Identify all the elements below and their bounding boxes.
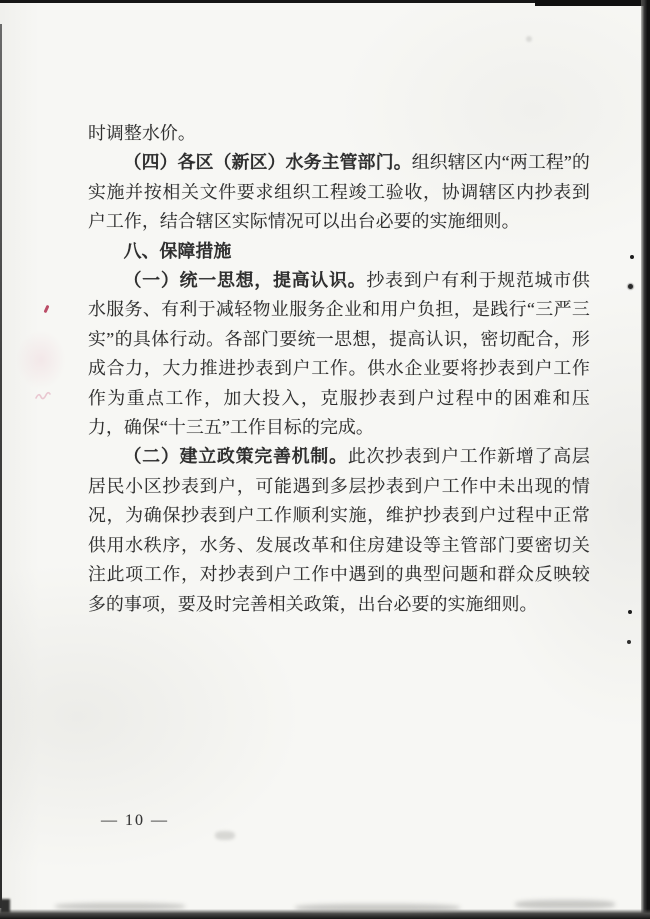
paragraph-lead: 八、保障措施 <box>124 241 232 261</box>
scan-speck <box>526 36 532 42</box>
scan-smudge <box>215 831 235 840</box>
paragraph: （一）统一思想，提高认识。抄表到户有利于规范城市供水服务、有利于减轻物业服务企业… <box>88 266 590 442</box>
ink-dot <box>628 284 633 289</box>
paragraph-lead: （二）建立政策完善机制。 <box>124 446 348 466</box>
red-pen-mark <box>44 305 50 314</box>
scan-corner-bottom-left <box>0 899 10 913</box>
ink-dot <box>627 640 631 644</box>
paragraph-body: 时调整水价。 <box>88 123 196 143</box>
scan-smudge <box>515 900 615 909</box>
scan-edge-left <box>0 24 2 908</box>
pink-pen-wash <box>16 330 66 390</box>
scan-edge-top-right <box>535 0 650 6</box>
ink-dot <box>628 610 632 614</box>
page-number: — 10 — <box>101 812 169 830</box>
pink-pen-squiggle <box>34 388 52 402</box>
scan-edge-right <box>641 0 650 919</box>
paragraph-lead: （四）各区（新区）水务主管部门。 <box>124 152 412 172</box>
text-block: 时调整水价。（四）各区（新区）水务主管部门。组织辖区内“两工程”的实施并按相关文… <box>88 119 590 619</box>
paragraph-lead: （一）统一思想，提高认识。 <box>124 270 367 290</box>
scan-smudge <box>55 903 185 910</box>
ink-dot <box>630 255 634 259</box>
scanned-document-page: 时调整水价。（四）各区（新区）水务主管部门。组织辖区内“两工程”的实施并按相关文… <box>0 0 650 919</box>
paragraph: 时调整水价。 <box>88 119 590 148</box>
scan-smudge <box>295 904 460 912</box>
paragraph: （二）建立政策完善机制。此次抄表到户工作新增了高层居民小区抄表到户，可能遇到多层… <box>88 442 590 618</box>
paragraph: （四）各区（新区）水务主管部门。组织辖区内“两工程”的实施并按相关文件要求组织工… <box>88 148 590 236</box>
paragraph-body: 此次抄表到户工作新增了高层居民小区抄表到户，可能遇到多层抄表到户工作中未出现的情… <box>88 446 590 613</box>
paragraph: 八、保障措施 <box>88 237 590 266</box>
paragraph-body: 抄表到户有利于规范城市供水服务、有利于减轻物业服务企业和用户负担，是践行“三严三… <box>88 270 590 437</box>
